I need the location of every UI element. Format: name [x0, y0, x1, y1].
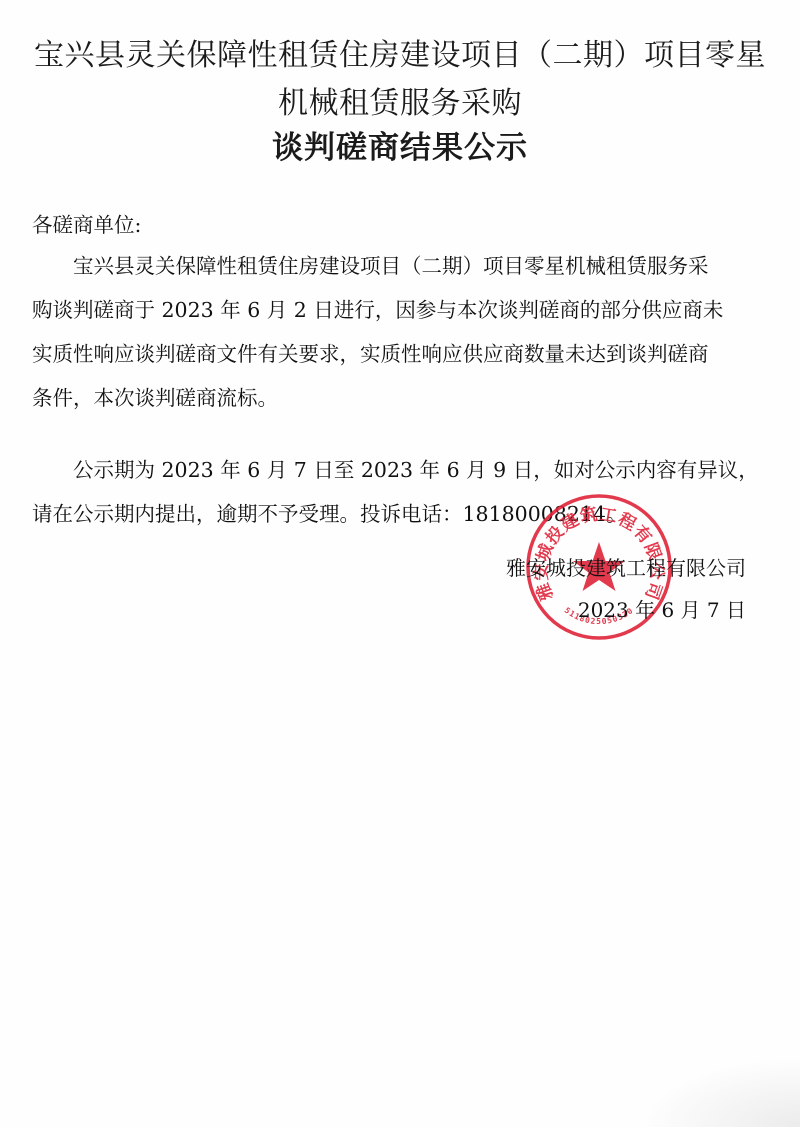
document-heading: 谈判磋商结果公示 [0, 122, 800, 167]
paragraph-result: 宝兴县灵关保障性租赁住房建设项目（二期）项目零星机械租赁服务采 购谈判磋商于 2… [32, 244, 752, 420]
document-title-line-1: 宝兴县灵关保障性租赁住房建设项目（二期）项目零星 [0, 30, 800, 74]
paragraph-line: 实质性响应谈判磋商文件有关要求，实质性响应供应商数量未达到谈判磋商 [32, 332, 752, 376]
paragraph-line: 公示期为 2023 年 6 月 7 日至 2023 年 6 月 9 日，如对公示… [32, 448, 752, 492]
signature-date: 2023 年 6 月 7 日 [578, 594, 746, 623]
paragraph-line: 购谈判磋商于 2023 年 6 月 2 日进行，因参与本次谈判磋商的部分供应商未 [32, 288, 752, 332]
document-title-line-2: 机械租赁服务采购 [0, 78, 800, 122]
salutation: 各磋商单位: [32, 208, 141, 238]
paragraph-line: 宝兴县灵关保障性租赁住房建设项目（二期）项目零星机械租赁服务采 [32, 244, 752, 288]
paragraph-line: 条件，本次谈判磋商流标。 [32, 376, 752, 420]
scan-shadow [640, 1057, 800, 1127]
document-page: 宝兴县灵关保障性租赁住房建设项目（二期）项目零星 机械租赁服务采购 谈判磋商结果… [0, 0, 800, 1127]
signature-organization: 雅安城投建筑工程有限公司 [506, 552, 746, 581]
